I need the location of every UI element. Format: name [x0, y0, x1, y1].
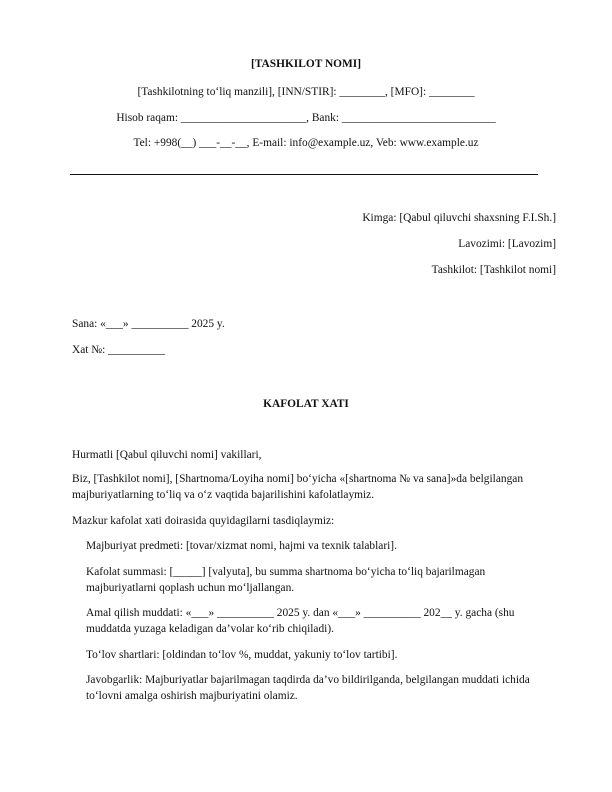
letter-date: Sana: «___» __________ 2025 y.: [72, 317, 225, 331]
intro-paragraph: Biz, [Tashkilot nomi], [Shartnoma/Loyiha…: [72, 472, 552, 503]
organization-name: [TASHKILOT NOMI]: [0, 57, 612, 71]
letterhead-divider: [70, 174, 538, 175]
recipient-name: Kimga: [Qabul qiluvchi shaxsning F.I.Sh.…: [362, 211, 556, 225]
recipient-organization: Tashkilot: [Tashkilot nomi]: [432, 263, 556, 277]
letter-number: Xat №: __________: [72, 343, 165, 357]
contact-line: Tel: +998(__) ___-__-__, E-mail: info@ex…: [0, 136, 612, 150]
list-item: Kafolat summasi: [_____] [valyuta], bu s…: [86, 565, 526, 596]
recipient-position: Lavozimi: [Lavozim]: [458, 237, 556, 251]
organization-address-line: [Tashkilotning to‘liq manzili], [INN/STI…: [0, 85, 612, 99]
document-title: KAFOLAT XATI: [0, 397, 612, 411]
lead-in-text: Mazkur kafolat xati doirasida quyidagila…: [72, 514, 334, 528]
list-item: Javobgarlik: Majburiyatlar bajarilmagan …: [86, 673, 556, 704]
bank-account-line: Hisob raqam: ______________________, Ban…: [0, 111, 612, 125]
list-item: Amal qilish muddati: «___» __________ 20…: [86, 606, 556, 637]
list-item: To‘lov shartlari: [oldindan to‘lov %, mu…: [86, 648, 556, 664]
greeting: Hurmatli [Qabul qiluvchi nomi] vakillari…: [72, 448, 262, 462]
list-item: Majburiyat predmeti: [tovar/xizmat nomi,…: [86, 539, 556, 555]
